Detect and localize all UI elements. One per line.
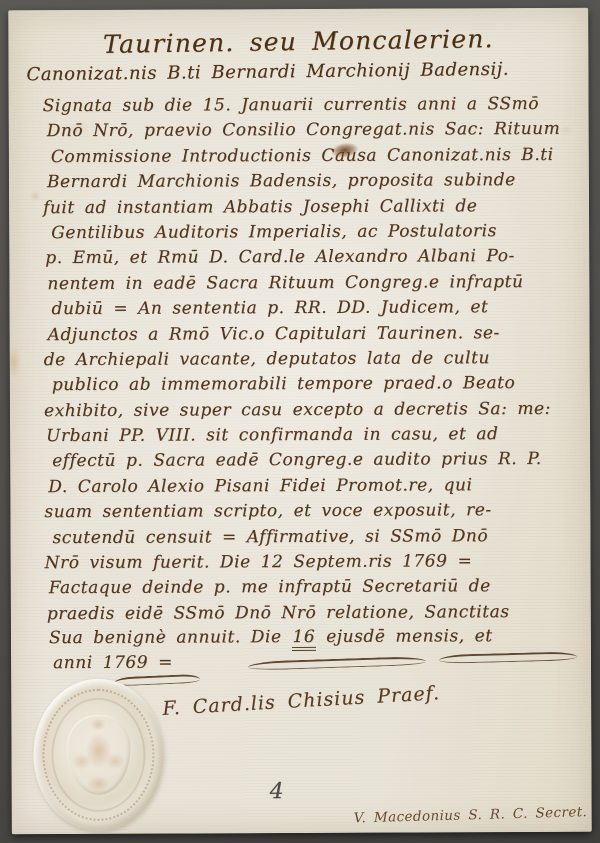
date-line-prefix: Sua benignè annuit. Die (49, 627, 292, 648)
underlined-day-number: 16 (291, 627, 316, 651)
manuscript-line-papal-assent: Sua benignè annuit. Die 16 ejusdē mensis… (49, 624, 493, 651)
manuscript-line: Urbani PP. VIII. sit confirmanda in casu… (46, 422, 578, 450)
manuscript-line: Dnō Nrō, praevio Consilio Congregat.nis … (47, 117, 577, 145)
document-title: Taurinen. seu Moncalerien. (8, 23, 588, 61)
manuscript-line: Signata sub die 15. Januarii currentis a… (43, 92, 577, 120)
manuscript-line: effectū p. Sacra eadē Congreg.e audito p… (52, 447, 578, 475)
date-line-suffix: ejusdē mensis, et (316, 626, 492, 647)
manuscript-line: exhibito, sive super casu excepto a decr… (44, 396, 578, 424)
manuscript-line: nentem in eadē Sacra Rituum Congreg.e in… (47, 270, 577, 298)
manuscript-line: Adjunctos a Rmō Vic.o Capitulari Taurine… (48, 320, 578, 348)
embossed-paper-seal (33, 679, 164, 832)
flourish-stroke (439, 651, 577, 663)
page-number: 4 (270, 779, 284, 804)
manuscript-line: fuit ad instantiam Abbatis Josephi Calli… (43, 193, 577, 221)
manuscript-line: de Archiepali vacante, deputatos lata de… (44, 346, 578, 374)
manuscript-line: p. Emū, et Rmū D. Card.le Alexandro Alba… (45, 244, 577, 272)
manuscript-line: Factaque deinde p. me infraptū Secretari… (49, 574, 579, 602)
manuscript-line: Commissione Introductionis Causa Canoniz… (51, 143, 577, 171)
manuscript-line-closing: anni 1769 = (53, 651, 173, 677)
manuscript-paper: Taurinen. seu Moncalerien. Canonizat.nis… (8, 8, 592, 835)
manuscript-line: publico ab immemorabili tempore praed.o … (52, 371, 578, 399)
manuscript-body: Signata sub die 15. Januarii currentis a… (43, 92, 579, 628)
manuscript-line: scutendū censuit = Affirmative, si SSmō … (52, 523, 578, 551)
manuscript-line: D. Carolo Alexio Pisani Fidei Promot.re,… (48, 473, 578, 501)
manuscript-line: dubiū = An sententia p. RR. DD. Judicem,… (51, 295, 577, 323)
document-subtitle: Canonizat.nis B.ti Bernardi Marchionij B… (26, 58, 600, 86)
manuscript-line: praedis eidē SSmō Dnō Nrō relatione, San… (47, 600, 579, 628)
seal-coat-of-arms (66, 715, 130, 795)
secretary-signature: V. Macedonius S. R. C. Secret. (354, 804, 588, 826)
manuscript-line: Bernardi Marchionis Badensis, proposita … (47, 168, 577, 196)
manuscript-line: Nrō visum fuerit. Die 12 Septem.ris 1769… (45, 549, 579, 577)
flourish-stroke (248, 656, 426, 671)
manuscript-line: suam sententiam scripto, et voce exposui… (44, 498, 578, 526)
manuscript-line: Gentilibus Auditoris Imperialis, ac Post… (51, 219, 577, 247)
